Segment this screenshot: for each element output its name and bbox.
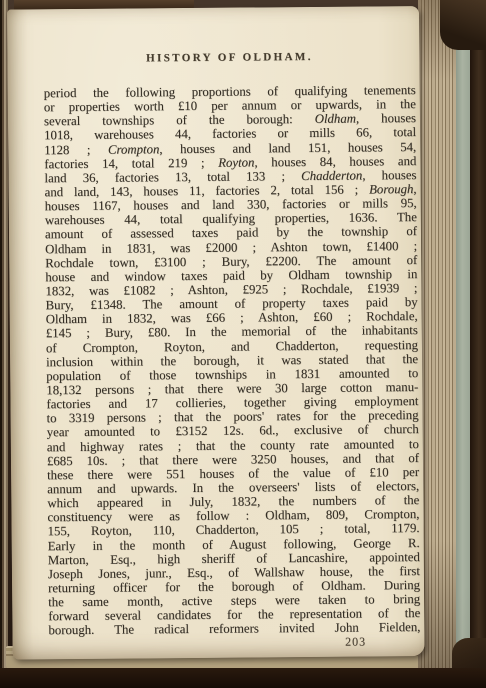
running-head: HISTORY OF OLDHAM. (43, 50, 415, 65)
book-photo: HISTORY OF OLDHAM. period the following … (0, 0, 486, 688)
book-cover-right (470, 0, 486, 688)
page-number: 203 (315, 634, 395, 650)
book-page: HISTORY OF OLDHAM. period the following … (7, 6, 425, 660)
body-text: period the following proportions of qual… (44, 83, 421, 638)
book-spine-edge (0, 0, 8, 688)
book-cover-bottom (0, 668, 486, 688)
page-fore-edge (418, 0, 458, 676)
book-cover-top-right (440, 0, 486, 50)
